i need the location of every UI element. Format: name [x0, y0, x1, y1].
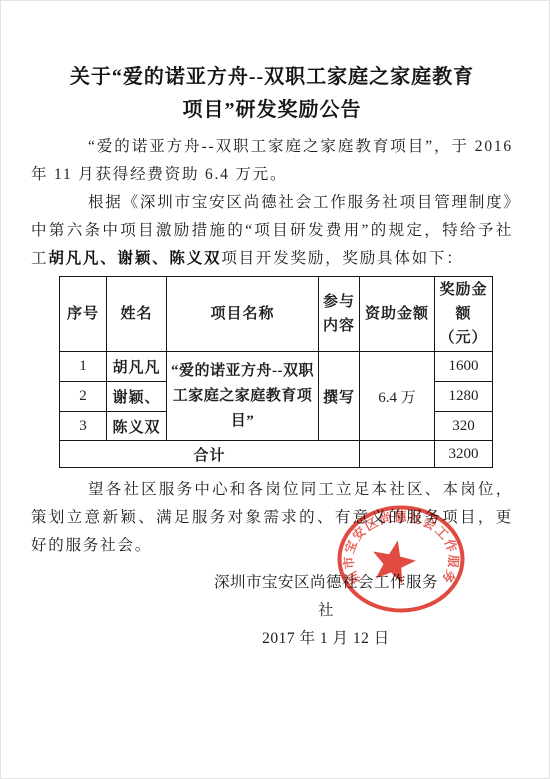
award-cell: 1600	[435, 352, 493, 382]
signature-date: 2017 年 1 月 12 日	[207, 625, 445, 653]
closing-paragraph: 望各社区服务中心和各岗位同工立足本社区、本岗位，策划立意新颖、满足服务对象需求的…	[31, 476, 513, 560]
total-value-cell: 3200	[435, 441, 493, 468]
title-line-1: 关于“爱的诺亚方舟--双职工家庭之家庭教育	[31, 61, 513, 94]
basis-text-after: 项目开发奖励，奖励具体如下：	[221, 250, 463, 267]
awardee-names: 胡凡凡、谢颖、陈义双	[48, 250, 221, 267]
col-header-participation: 参与内容	[319, 277, 360, 352]
total-empty-cell	[360, 441, 435, 468]
document-page: 关于“爱的诺亚方舟--双职工家庭之家庭教育 项目”研发奖励公告 “爱的诺亚方舟-…	[0, 0, 550, 779]
col-header-name: 姓名	[107, 277, 167, 352]
table-header-row: 序号 姓名 项目名称 参与内容 资助金额 奖励金额（元）	[60, 277, 493, 352]
signature-block: 深圳市宝安区尚德社会工作服务社 2017 年 1 月 12 日	[207, 569, 445, 653]
table-row: 1 胡凡凡 “爱的诺亚方舟--双职工家庭之家庭教育项目” 撰写 6.4 万 16…	[60, 352, 493, 382]
signature-org: 深圳市宝安区尚德社会工作服务社	[207, 569, 445, 625]
project-name-cell: “爱的诺亚方舟--双职工家庭之家庭教育项目”	[167, 352, 319, 441]
funding-cell: 6.4 万	[360, 352, 435, 441]
award-cell: 1280	[435, 382, 493, 412]
award-cell: 320	[435, 412, 493, 441]
basis-paragraph: 根据《深圳市宝安区尚德社会工作服务社项目管理制度》中第六条中项目激励措施的“项目…	[31, 189, 513, 273]
name-cell: 胡凡凡	[107, 352, 167, 382]
total-row: 合计 3200	[60, 441, 493, 468]
participation-cell: 撰写	[319, 352, 360, 441]
serial-cell: 3	[60, 412, 107, 441]
col-header-serial: 序号	[60, 277, 107, 352]
col-header-award: 奖励金额（元）	[435, 277, 493, 352]
col-header-funding: 资助金额	[360, 277, 435, 352]
name-cell: 陈义双	[107, 412, 167, 441]
intro-paragraph: “爱的诺亚方舟--双职工家庭之家庭教育项目”，于 2016 年 11 月获得经费…	[31, 133, 513, 189]
reward-table: 序号 姓名 项目名称 参与内容 资助金额 奖励金额（元） 1 胡凡凡 “爱的诺亚…	[59, 276, 493, 468]
serial-cell: 1	[60, 352, 107, 382]
name-cell: 谢颖、	[107, 382, 167, 412]
document-title: 关于“爱的诺亚方舟--双职工家庭之家庭教育 项目”研发奖励公告	[31, 61, 513, 127]
total-label-cell: 合计	[60, 441, 360, 468]
col-header-project: 项目名称	[167, 277, 319, 352]
title-line-2: 项目”研发奖励公告	[31, 94, 513, 127]
serial-cell: 2	[60, 382, 107, 412]
